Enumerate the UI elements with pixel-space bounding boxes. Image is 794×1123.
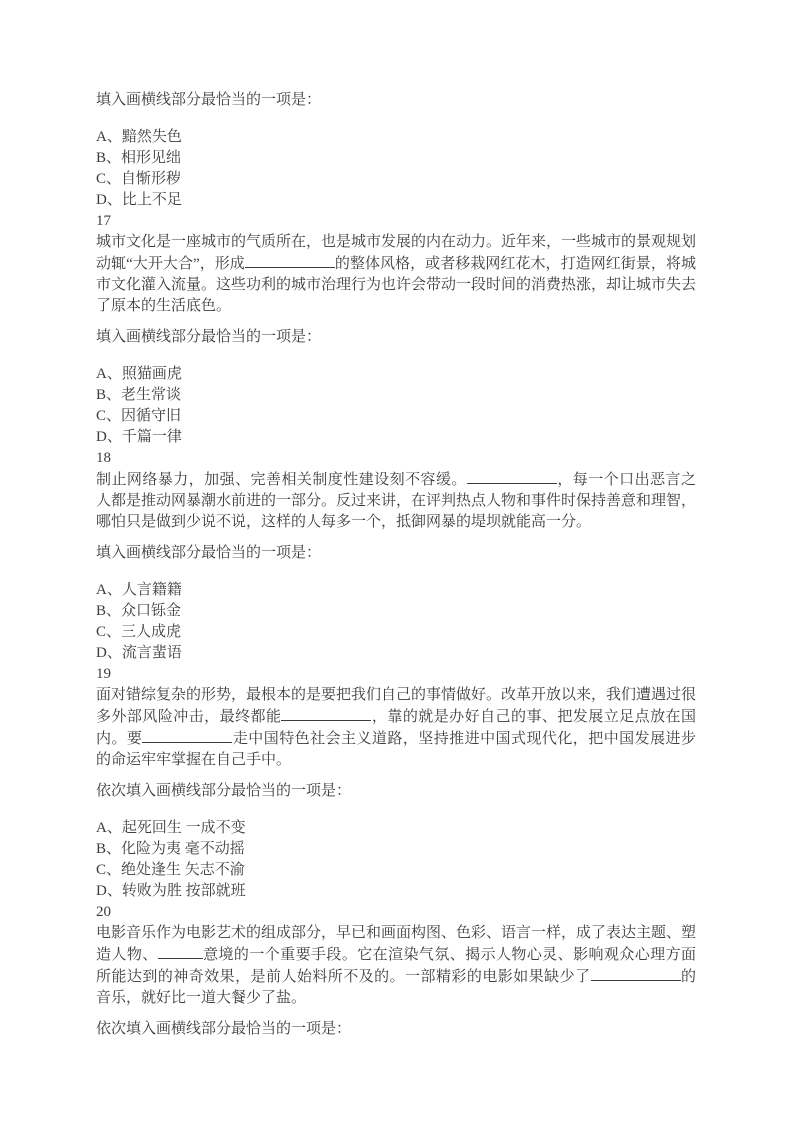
blank-underline bbox=[158, 944, 203, 959]
option-b: B、众口铄金 bbox=[96, 601, 696, 622]
option-c: C、绝处逢生 矢志不渝 bbox=[96, 860, 696, 881]
option-c: C、三人成虎 bbox=[96, 622, 696, 643]
options-list: A、起死回生 一成不变 B、化险为夷 毫不动摇 C、绝处逢生 矢志不渝 D、转败… bbox=[96, 818, 696, 902]
exam-content: 填入画横线部分最恰当的一项是： A、黯然失色 B、相形见绌 C、自惭形秽 D、比… bbox=[96, 90, 696, 1040]
option-b: B、老生常谈 bbox=[96, 385, 696, 406]
option-b: B、化险为夷 毫不动摇 bbox=[96, 839, 696, 860]
question-passage: 制止网络暴力，加强、完善相关制度性建设刻不容缓。，每一个口出恶言之人都是推动网暴… bbox=[96, 469, 696, 533]
question-block-19: 19 面对错综复杂的形势，最根本的是要把我们自己的事情做好。改革开放以来，我们遭… bbox=[96, 664, 696, 902]
question-number: 19 bbox=[96, 664, 696, 685]
option-d: D、流言蜚语 bbox=[96, 643, 696, 664]
question-prompt: 填入画横线部分最恰当的一项是： bbox=[96, 90, 696, 111]
blank-underline bbox=[245, 253, 335, 268]
option-b: B、相形见绌 bbox=[96, 148, 696, 169]
passage-text: 制止网络暴力，加强、完善相关制度性建设刻不容缓。 bbox=[96, 472, 467, 488]
document-page: 填入画横线部分最恰当的一项是： A、黯然失色 B、相形见绌 C、自惭形秽 D、比… bbox=[0, 0, 794, 1123]
option-d: D、转败为胜 按部就班 bbox=[96, 881, 696, 902]
question-number: 20 bbox=[96, 902, 696, 923]
question-prompt: 依次填入画横线部分最恰当的一项是： bbox=[96, 781, 696, 802]
option-a: A、黯然失色 bbox=[96, 127, 696, 148]
question-number: 17 bbox=[96, 211, 696, 232]
option-a: A、人言籍籍 bbox=[96, 580, 696, 601]
blank-underline bbox=[142, 728, 232, 743]
question-prompt: 填入画横线部分最恰当的一项是： bbox=[96, 327, 696, 348]
question-block-17: 17 城市文化是一座城市的气质所在，也是城市发展的内在动力。近年来，一些城市的景… bbox=[96, 211, 696, 448]
blank-underline bbox=[281, 706, 371, 721]
question-passage: 城市文化是一座城市的气质所在，也是城市发展的内在动力。近年来，一些城市的景观规划… bbox=[96, 232, 696, 317]
question-number: 18 bbox=[96, 448, 696, 469]
option-c: C、因循守旧 bbox=[96, 406, 696, 427]
question-block-20: 20 电影音乐作为电影艺术的组成部分，早已和画面构图、色彩、语言一样，成了表达主… bbox=[96, 902, 696, 1040]
blank-underline bbox=[591, 966, 681, 981]
options-list: A、黯然失色 B、相形见绌 C、自惭形秽 D、比上不足 bbox=[96, 127, 696, 211]
question-passage: 面对错综复杂的形势，最根本的是要把我们自己的事情做好。改革开放以来，我们遭遇过很… bbox=[96, 685, 696, 771]
question-block-16: 填入画横线部分最恰当的一项是： A、黯然失色 B、相形见绌 C、自惭形秽 D、比… bbox=[96, 90, 696, 211]
option-d: D、比上不足 bbox=[96, 190, 696, 211]
question-block-18: 18 制止网络暴力，加强、完善相关制度性建设刻不容缓。，每一个口出恶言之人都是推… bbox=[96, 448, 696, 664]
question-prompt: 填入画横线部分最恰当的一项是： bbox=[96, 543, 696, 564]
option-a: A、起死回生 一成不变 bbox=[96, 818, 696, 839]
option-c: C、自惭形秽 bbox=[96, 169, 696, 190]
options-list: A、照猫画虎 B、老生常谈 C、因循守旧 D、千篇一律 bbox=[96, 364, 696, 448]
question-passage: 电影音乐作为电影艺术的组成部分，早已和画面构图、色彩、语言一样，成了表达主题、塑… bbox=[96, 923, 696, 1009]
blank-underline bbox=[467, 469, 557, 484]
option-d: D、千篇一律 bbox=[96, 427, 696, 448]
question-prompt: 依次填入画横线部分最恰当的一项是： bbox=[96, 1019, 696, 1040]
options-list: A、人言籍籍 B、众口铄金 C、三人成虎 D、流言蜚语 bbox=[96, 580, 696, 664]
option-a: A、照猫画虎 bbox=[96, 364, 696, 385]
